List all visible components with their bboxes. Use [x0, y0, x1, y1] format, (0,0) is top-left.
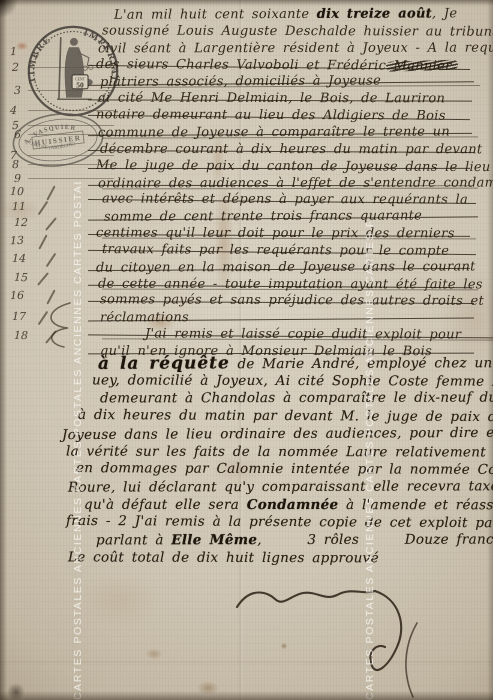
struck-manuscript-line: J'ai remis et laissé copie dudit exploit… [96, 327, 493, 342]
struck-manuscript-line: réclamations [96, 311, 476, 326]
line-text: qu'à défaut elle sera [84, 496, 247, 512]
manuscript-line: uey, domicilié à Joyeux, Ai cité Sophie … [58, 373, 493, 388]
line-text: parlant à [96, 532, 171, 548]
margin-number: 9 [14, 172, 21, 185]
struck-manuscript-line: notaire demeurant au lieu des Aldigiers … [96, 108, 472, 124]
manuscript-line: L'an mil huit cent soixante dix treize a… [96, 7, 490, 23]
struck-manuscript-line: Me le juge de paix du canton de Joyeuse … [96, 159, 472, 175]
strikethrough-pen-line [88, 184, 472, 185]
line-text: Elle Même [171, 532, 257, 548]
line-text: Condamnée [247, 497, 339, 513]
manuscript-line: frais - 2 J'ai remis à la présente copie… [58, 514, 493, 530]
struck-manuscript-line: du citoyen en la maison de Joyeuse dans … [96, 260, 472, 275]
manuscript-line: qu'à défaut elle sera Condamnée à l'amen… [58, 497, 493, 511]
manuscript-paragraph-1: L'an mil huit cent soixante dix treize a… [96, 8, 472, 360]
line-text: la vérité sur les faits de la nommée Lau… [66, 443, 493, 460]
line-text: soussigné Louis Auguste Deschalde huissi… [102, 23, 493, 39]
line-text: de Marie André, employé chez un Bouna- [230, 355, 493, 372]
stamp-denom-value: 50 [76, 80, 84, 89]
signature-flourish [225, 555, 435, 700]
manuscript-page: TIMBRE IMPERIAL CENT 50 [0, 0, 493, 700]
manuscript-line: à dix heures du matin par devant M. le j… [58, 408, 493, 424]
tally-mark [46, 253, 57, 267]
line-text: demeurant à Chandolas à comparaître le d… [100, 390, 493, 407]
struck-manuscript-line: plâtriers associés, domiciliés à Joyeuse [96, 74, 476, 90]
margin-number: 4 [10, 104, 17, 117]
manuscript-line: en dommages par Calomnie intentée par la… [58, 461, 493, 477]
manuscript-line: Joyeuse dans le lieu ordinaire des audie… [58, 426, 493, 442]
struck-manuscript-line: somme de cent trente trois francs quaran… [96, 209, 480, 225]
struck-manuscript-line: centimes qu'il leur doit pour le prix de… [96, 227, 472, 242]
line-text: Roure, lui déclarant qu'y comparaissant … [68, 478, 493, 495]
line-text: Me le juge de paix du canton de Joyeuse … [96, 158, 491, 175]
line-text: réclamations [100, 310, 189, 325]
line-text: L'an mil huit cent soixante [114, 7, 317, 23]
margin-number: 2 [12, 61, 19, 74]
stamp-text-timbre: TIMBRE [26, 34, 53, 84]
line-text: Joyeuse dans le lieu ordinaire des audie… [62, 424, 493, 443]
line-text: à dix heures du matin par devant M. le j… [78, 407, 493, 426]
margin-number: 18 [14, 329, 28, 342]
margin-number: 8 [12, 158, 19, 171]
line-text: décembre courant à dix heures du matin p… [100, 142, 482, 157]
margin-number: 17 [12, 310, 26, 323]
tally-mark [37, 272, 49, 286]
margin-number: 12 [14, 216, 28, 229]
manuscript-line: soussigné Louis Auguste Deschalde huissi… [96, 24, 478, 39]
line-text: , Je [432, 6, 457, 21]
manuscript-line: Roure, lui déclarant qu'y comparaissant … [58, 479, 493, 494]
tally-mark [46, 185, 55, 200]
margin-number: 10 [10, 185, 24, 198]
struck-manuscript-line: décembre courant à dix heures du matin p… [96, 143, 476, 157]
line-text: en dommages par Calomnie intentée par la… [76, 460, 493, 478]
line-text [339, 7, 347, 22]
ink-scribble [386, 59, 458, 71]
strikethrough-pen-line [102, 187, 478, 189]
manuscript-line: la vérité sur les faits de la nommée Lau… [58, 444, 493, 459]
manuscript-paragraph-2: à la réquête de Marie André, employé che… [58, 356, 492, 571]
margin-number: 13 [10, 234, 24, 247]
line-text: à l'amende et réassignée à ses [338, 497, 493, 513]
margin-number: 1 [10, 45, 17, 58]
manuscript-line: à la réquête de Marie André, employé che… [58, 355, 493, 372]
margin-number: 3 [14, 84, 21, 97]
watermark-right: CARTES POSTALES ANCIENNES CARTES POSTALE… [364, 222, 381, 700]
line-text: dix [317, 7, 340, 22]
justice-figure-icon [57, 37, 93, 99]
struck-manuscript-line: commune de Joyeuse à comparaître le tren… [96, 125, 474, 140]
manuscript-line: civil séant à Largentière résident à Joy… [96, 41, 474, 56]
strikethrough-pen-line [88, 168, 470, 169]
line-text: treize août [347, 6, 432, 21]
struck-manuscript-line: sommes payés et sans préjudice des autre… [96, 294, 476, 310]
struck-manuscript-line: avec intérêts et dépens à payer aux requ… [96, 193, 478, 208]
tally-mark [38, 234, 47, 249]
line-text: frais - 2 J'ai remis à la présente copie… [66, 513, 493, 532]
margin-number: 16 [10, 289, 24, 302]
margin-number: 15 [14, 271, 28, 284]
struck-manuscript-line: travaux faits par les requérants pour le… [96, 243, 478, 259]
margin-number: 14 [12, 252, 26, 265]
struck-manuscript-line: ordinaire des audiences à l'effet de s'e… [96, 176, 474, 191]
struck-manuscript-line: ai cité Me Henri Delmiain, le Bois, de L… [96, 92, 474, 107]
line-text: uey, domicilié à Joyeux, Ai cité Sophie … [92, 372, 493, 389]
manuscript-line: parlant à Elle Même, 3 rôles Douze franc… [58, 533, 493, 548]
manuscript-line: demeurant à Chandolas à comparaître le d… [58, 391, 493, 406]
tally-mark [45, 217, 57, 231]
margin-number: 6 [14, 128, 21, 141]
line-text: civil séant à Largentière résident à Joy… [98, 40, 493, 56]
struck-manuscript-line: des sieurs Charles Valvoboli et Frédéric… [96, 58, 472, 74]
stamp-denomination-shield: CENT 50 [72, 75, 88, 90]
strikethrough-pen-line [102, 288, 478, 290]
requete-lead-text: à la réquête [98, 353, 230, 374]
tally-mark [38, 201, 49, 215]
watermark-left: CARTES POSTALES ANCIENNES CARTES POSTALE… [72, 182, 89, 700]
struck-manuscript-line: de cette année - toute imputation ayant … [96, 277, 474, 292]
margin-number: 11 [12, 200, 26, 213]
